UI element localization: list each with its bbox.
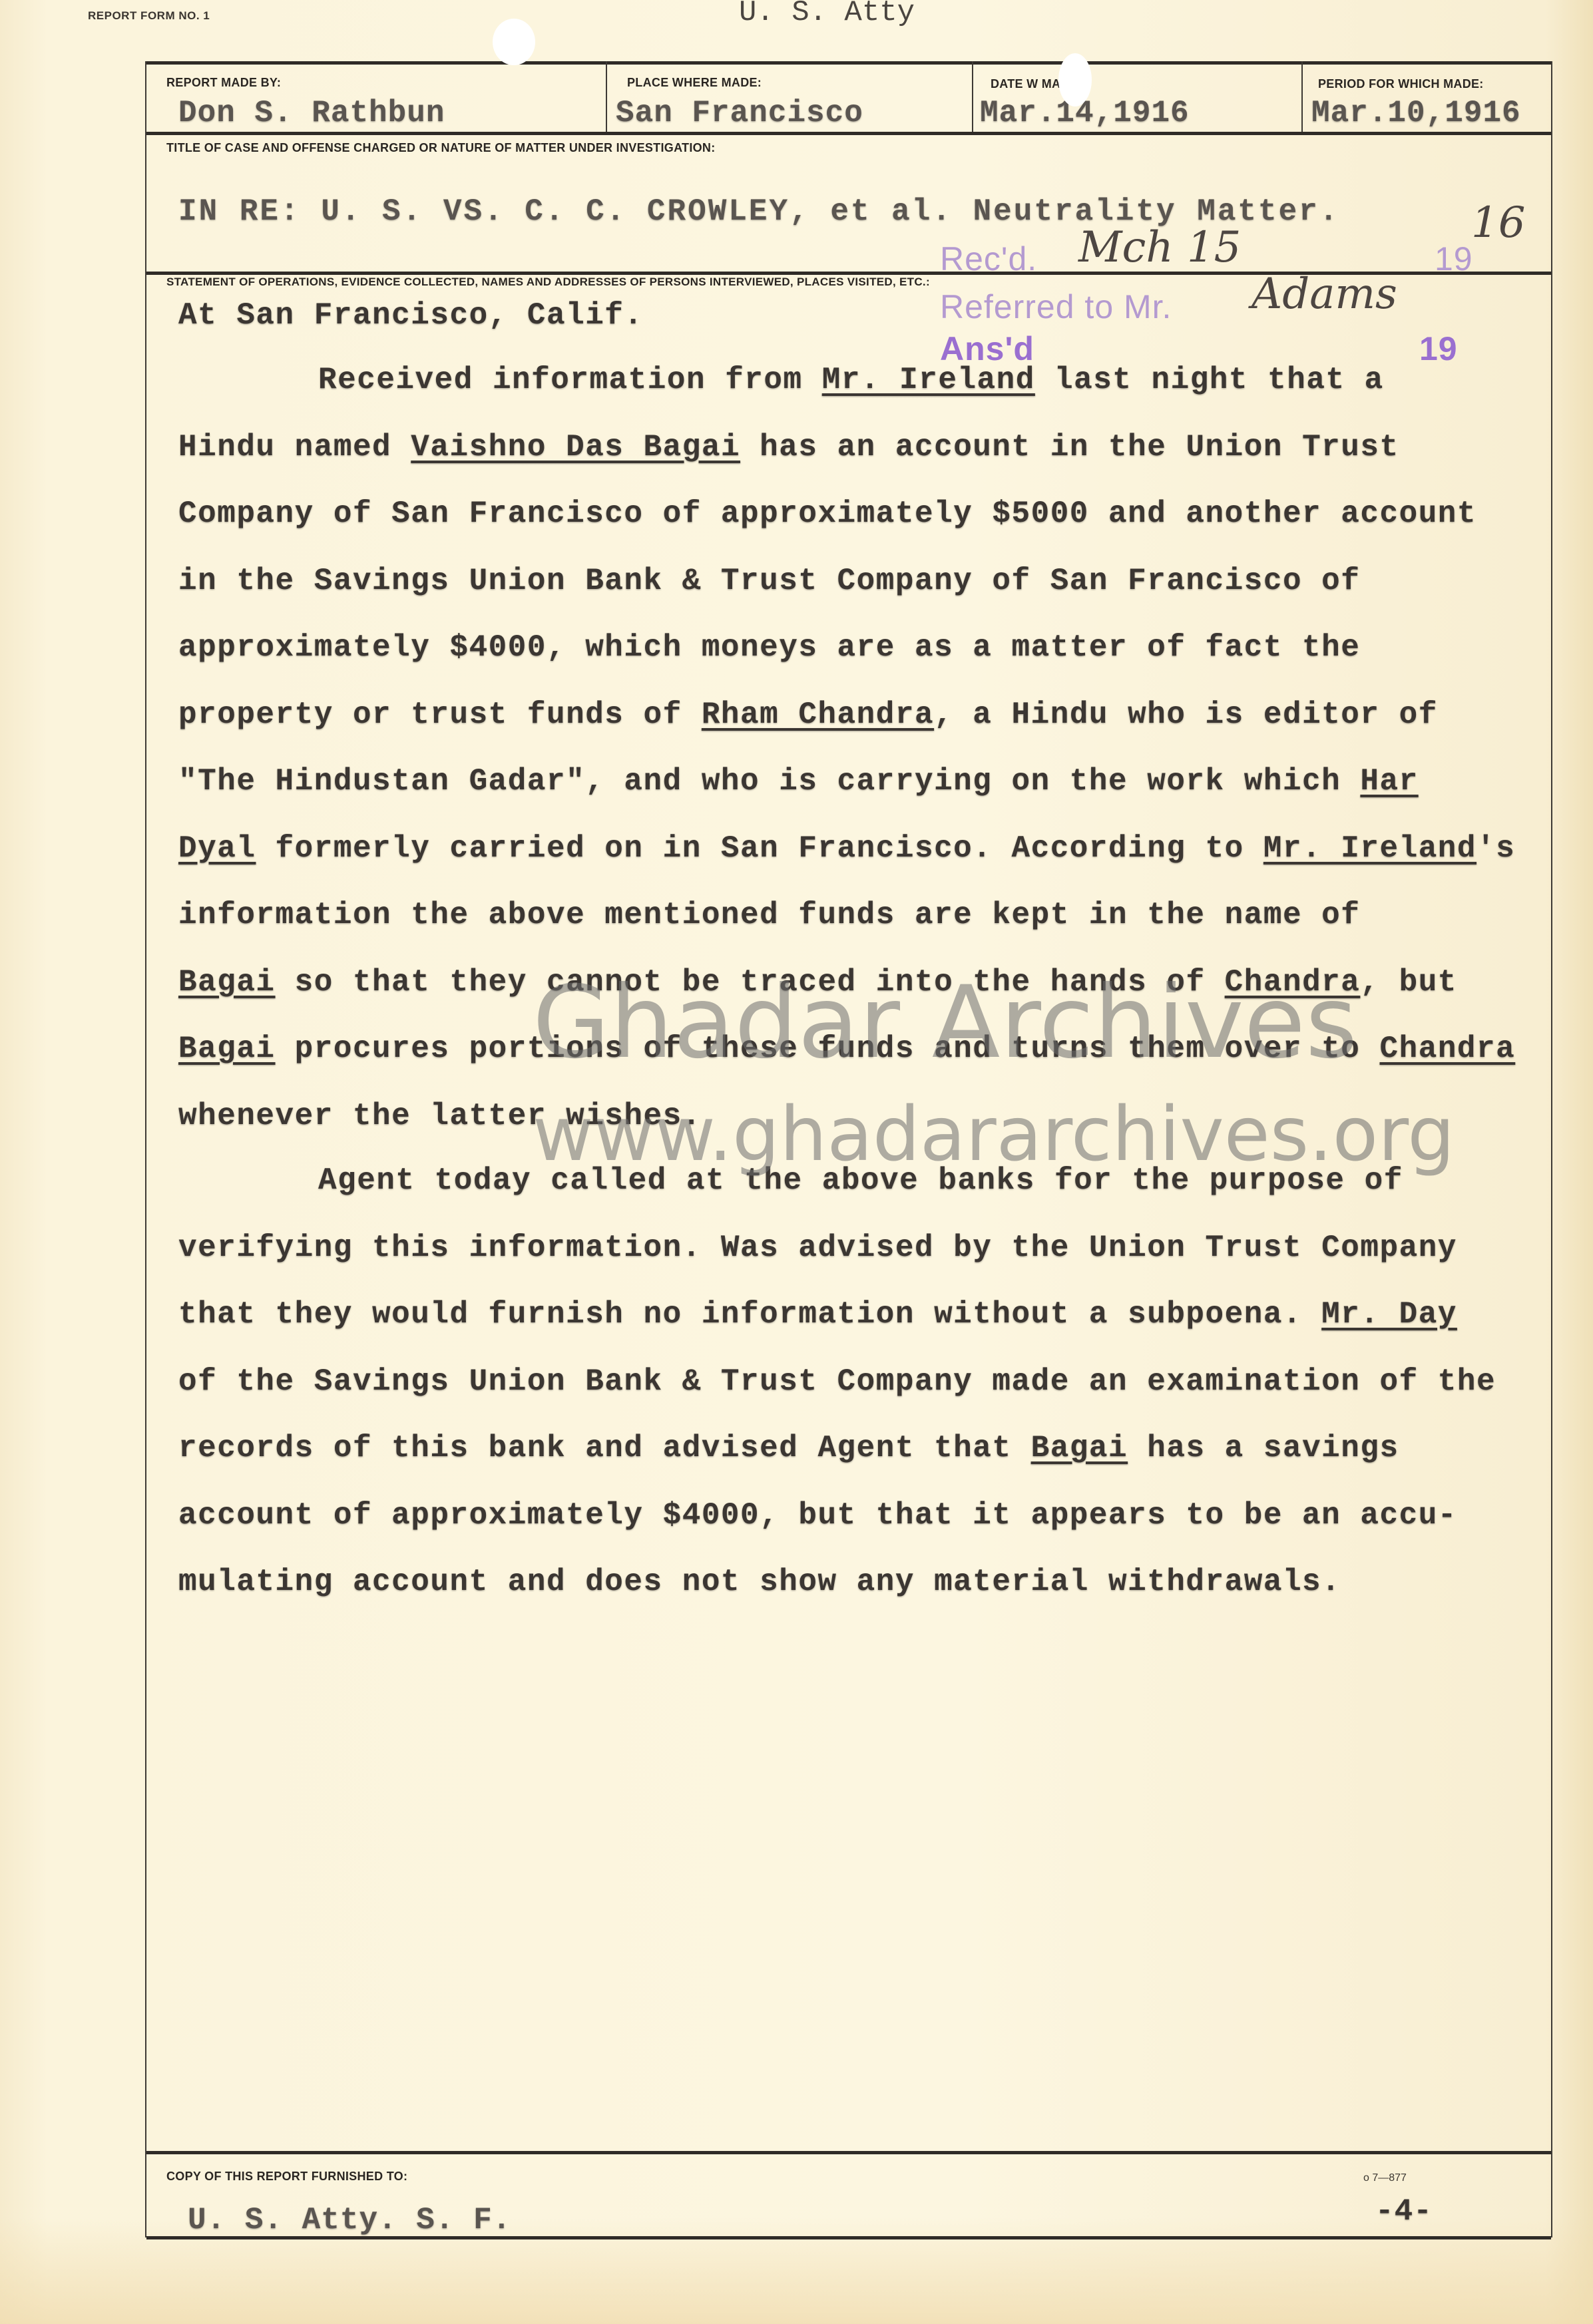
underlined-name: Chandra <box>1380 1032 1516 1066</box>
text-run: has a savings <box>1128 1431 1399 1465</box>
received-handwritten-date: Mch 15 <box>1078 223 1241 272</box>
underlined-name: Mr. Ireland <box>1263 831 1477 866</box>
routing-note: U. S. Atty <box>739 0 915 29</box>
body-line: Company of San Francisco of approximatel… <box>178 496 1477 531</box>
text-run: information the above mentioned funds ar… <box>178 898 1360 932</box>
text-run: property or trust funds of <box>178 697 702 732</box>
form-top-rule <box>146 61 1551 65</box>
body-line: of the Savings Union Bank & Trust Compan… <box>178 1364 1496 1399</box>
divider <box>1301 61 1303 133</box>
header-rule <box>146 132 1551 135</box>
answered-year-stamp: 19 <box>1419 329 1458 368</box>
copy-label: COPY OF THIS REPORT FURNISHED TO: <box>166 2170 407 2184</box>
body-line: verifying this information. Was advised … <box>178 1231 1457 1265</box>
underlined-name: Bagai <box>1031 1431 1128 1465</box>
watermark-title: Ghadar Archives <box>533 965 1357 1081</box>
text-run: that they would furnish no information w… <box>178 1297 1321 1332</box>
body-line: property or trust funds of Rham Chandra,… <box>178 697 1438 732</box>
form-code: o 7—877 <box>1363 2172 1407 2184</box>
copy-to-value: U. S. Atty. S. F. <box>188 2203 511 2237</box>
body-line: Dyal formerly carried on in San Francisc… <box>178 831 1515 866</box>
punch-hole <box>493 19 535 65</box>
text-run: account of approximately $4000, but that… <box>178 1498 1457 1533</box>
text-run: , a Hindu who is editor of <box>934 697 1438 732</box>
underlined-name: Har <box>1360 764 1418 799</box>
body-line: information the above mentioned funds ar… <box>178 898 1360 932</box>
body-line: approximately $4000, which moneys are as… <box>178 630 1360 665</box>
punch-hole <box>1058 53 1092 106</box>
report-made-by-value: Don S. Rathbun <box>178 96 445 130</box>
location-line: At San Francisco, Calif. <box>178 298 644 333</box>
text-run: Received information from <box>318 363 822 397</box>
text-run: last night that a <box>1035 363 1384 397</box>
underlined-name: Mr. Ireland <box>822 363 1035 397</box>
report-made-by-label: REPORT MADE BY: <box>166 76 281 90</box>
referred-stamp: Referred to Mr. <box>940 288 1172 326</box>
underlined-name: Bagai <box>178 965 276 1000</box>
body-line: in the Savings Union Bank & Trust Compan… <box>178 564 1360 598</box>
body-line: that they would furnish no information w… <box>178 1297 1457 1332</box>
text-run: mulating account and does not show any m… <box>178 1565 1341 1599</box>
underlined-name: Rham Chandra <box>702 697 934 732</box>
text-run: Company of San Francisco of approximatel… <box>178 496 1477 531</box>
text-run: "The Hindustan Gadar", and who is carryi… <box>178 764 1360 799</box>
text-run: formerly carried on in San Francisco. Ac… <box>256 831 1263 866</box>
page-number: -4- <box>1375 2194 1433 2229</box>
form-number: REPORT FORM NO. 1 <box>88 9 210 23</box>
text-run: Hindu named <box>178 430 411 465</box>
divider <box>972 61 973 133</box>
watermark-url: www.ghadararchives.org <box>533 1091 1455 1178</box>
place-value: San Francisco <box>616 96 863 130</box>
body-line: "The Hindustan Gadar", and who is carryi… <box>178 764 1419 799</box>
text-run: , but <box>1360 965 1457 1000</box>
body-line: Hindu named Vaishno Das Bagai has an acc… <box>178 430 1399 465</box>
statement-label: STATEMENT OF OPERATIONS, EVIDENCE COLLEC… <box>166 276 930 289</box>
body-line: records of this bank and advised Agent t… <box>178 1431 1399 1465</box>
received-stamp: Rec'd. <box>940 240 1037 278</box>
underlined-name: Vaishno Das Bagai <box>411 430 740 465</box>
text-run: of the Savings Union Bank & Trust Compan… <box>178 1364 1496 1399</box>
text-run: approximately $4000, which moneys are as… <box>178 630 1360 665</box>
body-line: mulating account and does not show any m… <box>178 1565 1341 1599</box>
place-label: PLACE WHERE MADE: <box>627 76 762 90</box>
text-run: in the Savings Union Bank & Trust Compan… <box>178 564 1360 598</box>
received-year-stamp: 19 <box>1435 240 1473 278</box>
title-label: TITLE OF CASE AND OFFENSE CHARGED OR NAT… <box>166 141 716 155</box>
footer-rule <box>146 2151 1551 2154</box>
underlined-name: Mr. Day <box>1321 1297 1457 1332</box>
period-label: PERIOD FOR WHICH MADE: <box>1318 77 1484 91</box>
underlined-name: Bagai <box>178 1032 276 1066</box>
text-run: 's <box>1477 831 1515 866</box>
underlined-name: Dyal <box>178 831 256 866</box>
body-line: account of approximately $4000, but that… <box>178 1498 1457 1533</box>
text-run: records of this bank and advised Agent t… <box>178 1431 1031 1465</box>
period-value: Mar.10,1916 <box>1311 96 1521 130</box>
received-year-handwritten: 16 <box>1471 198 1525 248</box>
referred-handwritten: Adams <box>1252 270 1397 319</box>
text-run: verifying this information. Was advised … <box>178 1231 1457 1265</box>
body-line: Received information from Mr. Ireland la… <box>318 363 1384 397</box>
divider <box>606 61 607 133</box>
text-run: has an account in the Union Trust <box>740 430 1399 465</box>
